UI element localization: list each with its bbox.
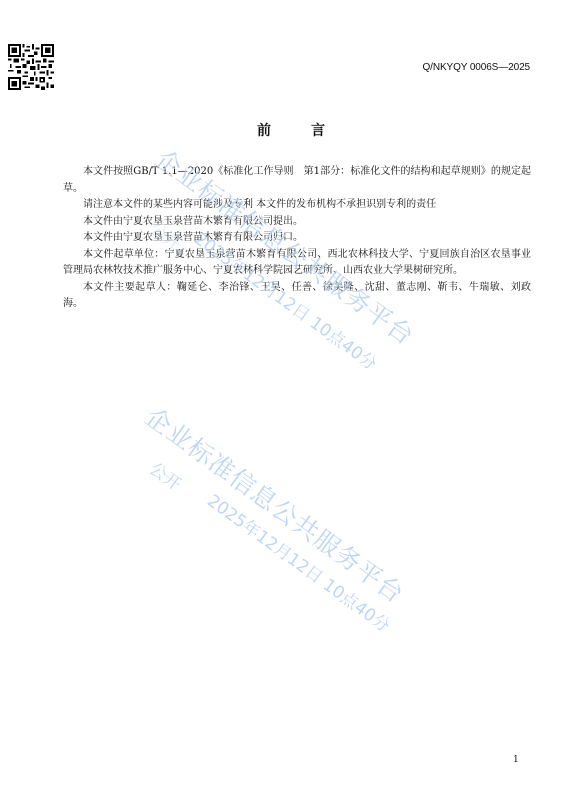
paragraph-drafting-rules: 本文件按照GB/T 1.1—2020《标准化工作导则 第1部分：标准化文件的结构… <box>63 164 531 197</box>
watermark-datetime-2: 2025年12月12日 10点40分 <box>203 487 396 637</box>
paragraph-drafting-units: 本文件起草单位：宁夏农垦玉泉营苗木繁育有限公司、西北农林科技大学、宁夏回族自治区… <box>63 247 531 280</box>
page-title: 前言 <box>0 120 582 140</box>
paragraph-drafters: 本文件主要起草人：鞠延仑、李治锋、王昊、任善、徐美隆、沈甜、董志刚、靳韦、牛瑞敏… <box>63 280 531 313</box>
foreword-body: 本文件按照GB/T 1.1—2020《标准化工作导则 第1部分：标准化文件的结构… <box>63 164 531 313</box>
document-page: Q/NKYQY 0006S—2025 前言 本文件按照GB/T 1.1—2020… <box>0 0 582 788</box>
qr-code-icon <box>8 44 54 90</box>
paragraph-centralized-unit: 本文件由宁夏农垦玉泉营苗木繁育有限公司归口。 <box>63 230 531 247</box>
paragraph-patent-notice: 请注意本文件的某些内容可能涉及专利 本文件的发布机构不承担识别专利的责任 <box>63 197 531 214</box>
watermark-public-label-2: 公开 <box>145 455 187 495</box>
title-char-1: 前 <box>257 120 271 140</box>
standard-code: Q/NKYQY 0006S—2025 <box>422 62 530 73</box>
title-char-2: 言 <box>311 120 325 140</box>
watermark-platform-2: 企业标准信息公共服务平台 <box>139 398 413 611</box>
paragraph-proposer: 本文件由宁夏农垦玉泉营苗木繁育有限公司提出。 <box>63 214 531 231</box>
page-number: 1 <box>513 755 519 765</box>
